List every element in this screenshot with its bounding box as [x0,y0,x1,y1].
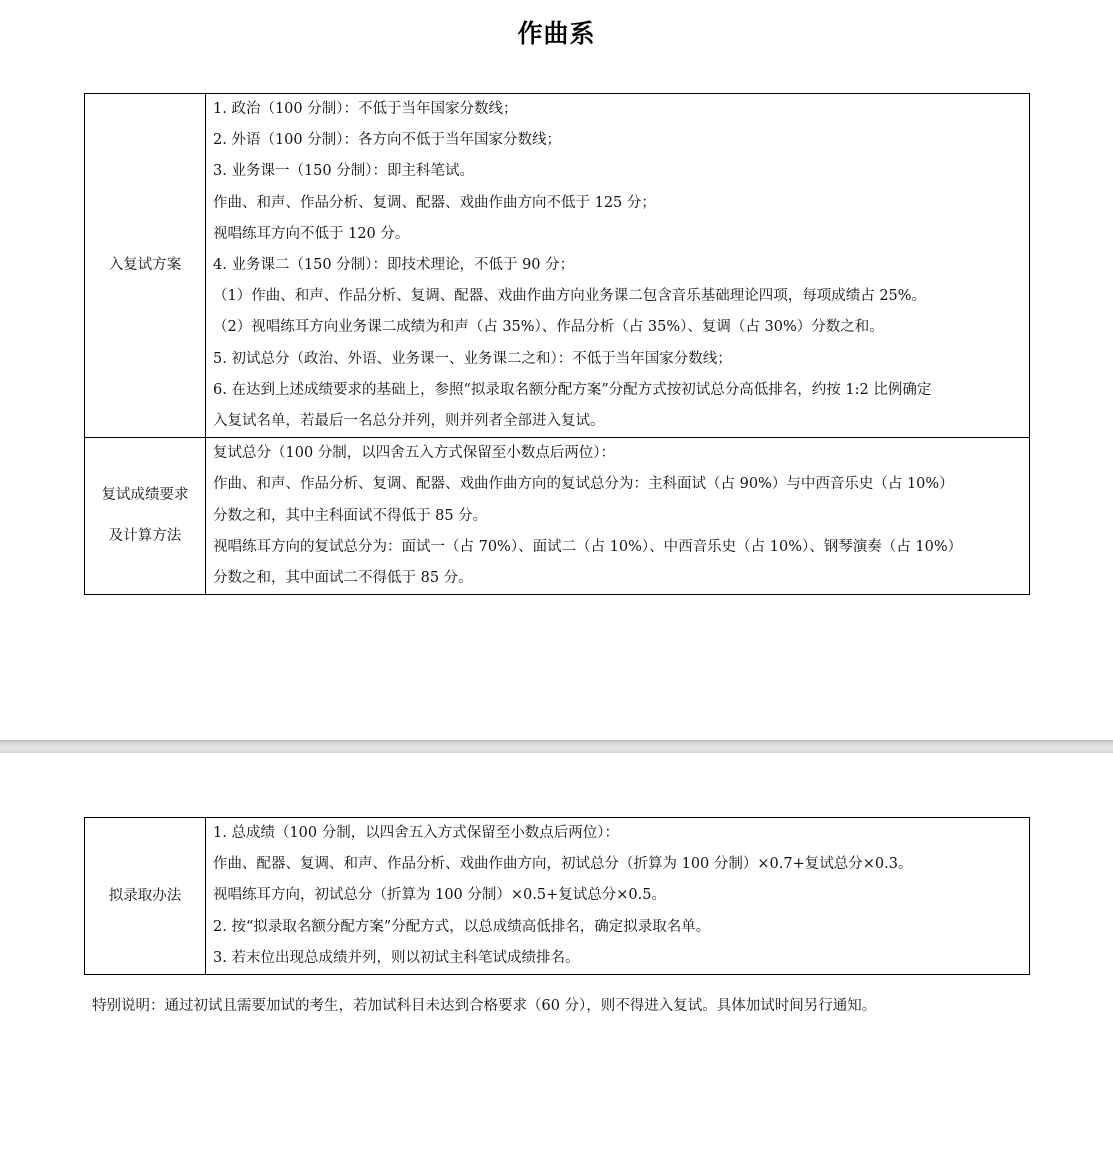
content-line: 视唱练耳方向，初试总分（折算为 100 分制）×0.5+复试总分×0.5。 [213,880,1023,911]
table-row-retest-scoring: 复试成绩要求 及计算方法 复试总分（100 分制，以四舍五入方式保留至小数点后两… [85,438,1030,595]
row-content-retest-plan: 1. 政治（100 分制）：不低于当年国家分数线； 2. 外语（100 分制）：… [206,94,1030,438]
content-line: 作曲、配器、复调、和声、作品分析、戏曲作曲方向，初试总分（折算为 100 分制）… [213,849,1023,880]
row-content-admission-method: 1. 总成绩（100 分制，以四舍五入方式保留至小数点后两位）： 作曲、配器、复… [206,818,1030,975]
table-row-retest-plan: 入复试方案 1. 政治（100 分制）：不低于当年国家分数线； 2. 外语（10… [85,94,1030,438]
document-page-1: 作曲系 入复试方案 1. 政治（100 分制）：不低于当年国家分数线； 2. 外… [0,0,1113,740]
row-label-text: 及计算方法 [85,516,205,557]
row-label-text: 复试成绩要求 [85,475,205,516]
content-line: 5. 初试总分（政治、外语、业务课一、业务课二之和）：不低于当年国家分数线； [213,344,1023,375]
content-line: 6. 在达到上述成绩要求的基础上，参照“拟录取名额分配方案”分配方式按初试总分高… [213,375,1023,406]
special-note: 特别说明：通过初试且需要加试的考生，若加试科目未达到合格要求（60 分），则不得… [92,992,876,1020]
row-label-text: 拟录取办法 [85,876,205,917]
admission-requirements-table: 入复试方案 1. 政治（100 分制）：不低于当年国家分数线； 2. 外语（10… [84,93,1030,595]
content-line: 作曲、和声、作品分析、复调、配器、戏曲作曲方向的复试总分为：主科面试（占 90%… [213,469,1023,500]
content-line: 3. 业务课一（150 分制）：即主科笔试。 [213,156,1023,187]
content-line: 视唱练耳方向不低于 120 分。 [213,219,1023,250]
row-label-admission-method: 拟录取办法 [85,818,206,975]
content-line: 2. 外语（100 分制）：各方向不低于当年国家分数线； [213,125,1023,156]
document-title: 作曲系 [0,14,1113,50]
row-label-text: 入复试方案 [85,245,205,286]
content-line: 入复试名单，若最后一名总分并列，则并列者全部进入复试。 [213,406,1023,437]
content-line: 作曲、和声、作品分析、复调、配器、戏曲作曲方向不低于 125 分； [213,188,1023,219]
page-separator [0,740,1113,753]
content-line: 分数之和，其中面试二不得低于 85 分。 [213,563,1023,594]
row-content-retest-scoring: 复试总分（100 分制，以四舍五入方式保留至小数点后两位）： 作曲、和声、作品分… [206,438,1030,595]
content-line: （2）视唱练耳方向业务课二成绩为和声（占 35%）、作品分析（占 35%）、复调… [213,312,1023,343]
content-line: 复试总分（100 分制，以四舍五入方式保留至小数点后两位）： [213,438,1023,469]
content-line: 2. 按“拟录取名额分配方案”分配方式，以总成绩高低排名，确定拟录取名单。 [213,912,1023,943]
content-line: 视唱练耳方向的复试总分为：面试一（占 70%）、面试二（占 10%）、中西音乐史… [213,532,1023,563]
row-label-retest-plan: 入复试方案 [85,94,206,438]
content-line: 4. 业务课二（150 分制）：即技术理论，不低于 90 分； [213,250,1023,281]
content-line: 1. 政治（100 分制）：不低于当年国家分数线； [213,94,1023,125]
row-label-retest-scoring: 复试成绩要求 及计算方法 [85,438,206,595]
content-line: 1. 总成绩（100 分制，以四舍五入方式保留至小数点后两位）： [213,818,1023,849]
content-line: 3. 若末位出现总成绩并列，则以初试主科笔试成绩排名。 [213,943,1023,974]
table-row-admission-method: 拟录取办法 1. 总成绩（100 分制，以四舍五入方式保留至小数点后两位）： 作… [85,818,1030,975]
content-line: （1）作曲、和声、作品分析、复调、配器、戏曲作曲方向业务课二包含音乐基础理论四项… [213,281,1023,312]
admission-method-table: 拟录取办法 1. 总成绩（100 分制，以四舍五入方式保留至小数点后两位）： 作… [84,817,1030,975]
content-line: 分数之和，其中主科面试不得低于 85 分。 [213,501,1023,532]
